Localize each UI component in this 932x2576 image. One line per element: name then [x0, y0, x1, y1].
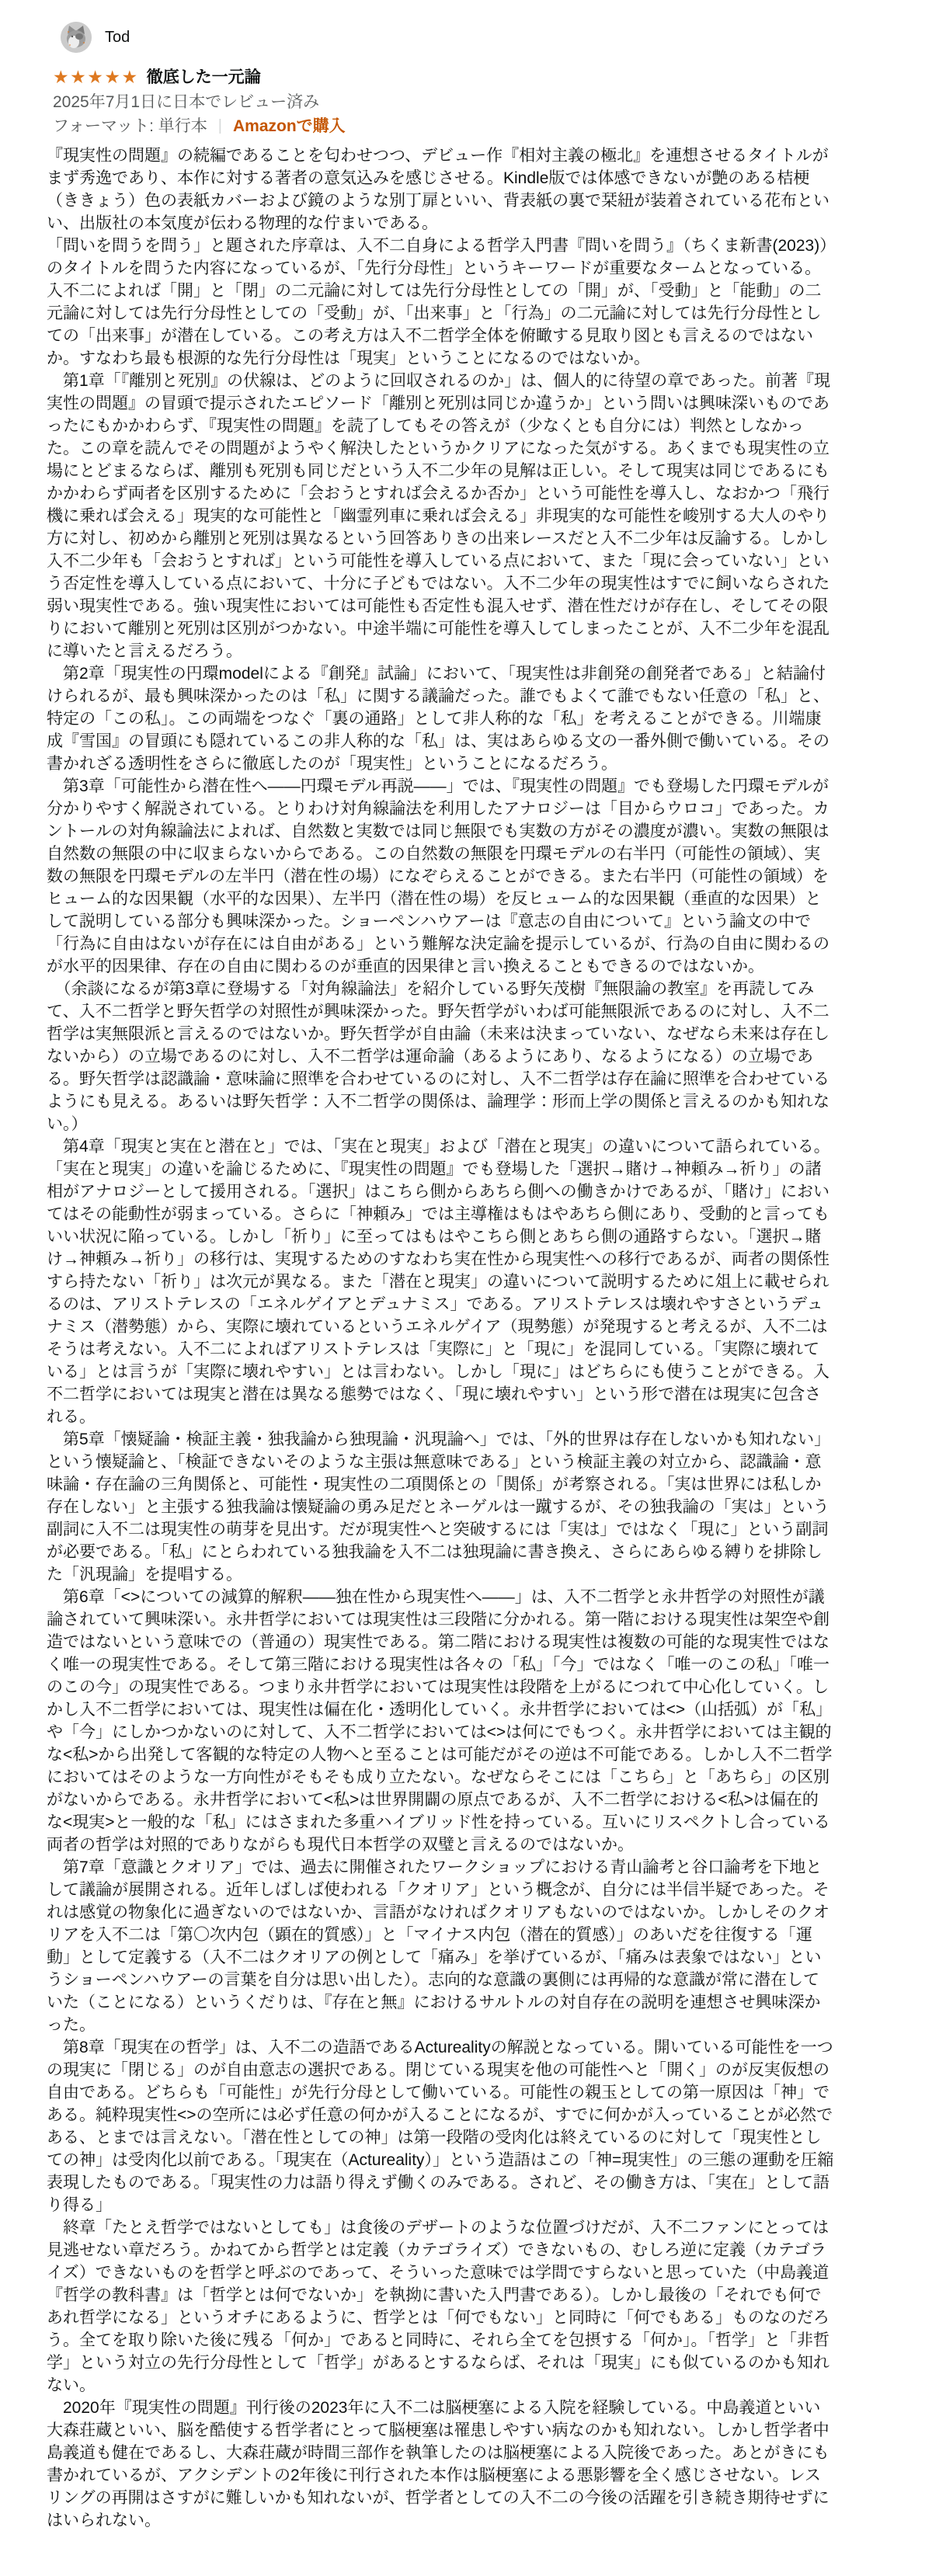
- verified-purchase-badge[interactable]: Amazonで購入: [233, 115, 346, 137]
- review-paragraph: 終章「たとえ哲学ではないとしても」は食後のデザートのような位置づけだが、入不二フ…: [47, 2216, 834, 2397]
- reviewer-name: Tod: [105, 28, 130, 47]
- review-paragraph: 第6章「<>についての減算的解釈――独在性から現実性へ――」は、入不二哲学と永井…: [47, 1586, 834, 1856]
- review-title-row[interactable]: ★★★★★ 徹底した一元論: [53, 66, 834, 89]
- format-label: フォーマット: 単行本: [53, 115, 207, 137]
- review-paragraph: （余談になるが第3章に登場する「対角線論法」を紹介している野矢茂樹『無限論の教室…: [47, 978, 834, 1135]
- review-paragraph: 第8章「現実在の哲学」は、入不二の造語であるActurealityの解説となって…: [47, 2036, 834, 2216]
- avatar[interactable]: [61, 22, 92, 53]
- reviewer-profile[interactable]: Tod: [61, 22, 834, 53]
- review-paragraph: 「問いを問うを問う」と題された序章は、入不二自身による哲学入門書『問いを問う』（…: [47, 235, 834, 370]
- review-body: 『現実性の問題』の続編であることを匂わせつつ、デビュー作『相対主義の極北』を連想…: [47, 144, 834, 2532]
- review-page: Tod ★★★★★ 徹底した一元論 2025年7月1日に日本でレビュー済み フォ…: [0, 0, 834, 2555]
- review-paragraph: 第1章「『離別と死別』の伏線は、どのように回収されるのか」は、個人的に待望の章で…: [47, 370, 834, 662]
- review-paragraph: 第3章「可能性から潜在性へ――円環モデル再説――」では、『現実性の問題』でも登場…: [47, 775, 834, 978]
- review-paragraph: 第2章「現実性の円環modelによる『創発』試論」において、「現実性は非創発の創…: [47, 662, 834, 775]
- cat-avatar-image: [61, 22, 92, 53]
- separator-bar: |: [218, 115, 222, 137]
- review-paragraph: 第5章「懐疑論・検証主義・独我論から独現論・汎現論へ」では、「外的世界は存在しな…: [47, 1428, 834, 1586]
- review-paragraph: 『現実性の問題』の続編であることを匂わせつつ、デビュー作『相対主義の極北』を連想…: [47, 144, 834, 235]
- review-paragraph: 第7章「意識とクオリア」では、過去に開催されたワークショップにおける青山論考と谷…: [47, 1856, 834, 2036]
- review-date: 2025年7月1日に日本でレビュー済み: [53, 91, 834, 113]
- review-meta-row: フォーマット: 単行本 | Amazonで購入: [53, 115, 834, 137]
- review-title: 徹底した一元論: [147, 66, 261, 89]
- review-paragraph: 2020年『現実性の問題』刊行後の2023年に入不二は脳梗塞による入院を経験して…: [47, 2397, 834, 2532]
- star-rating-icon: ★★★★★: [53, 66, 139, 89]
- review-paragraph: 第4章「現実と実在と潜在と」では、「実在と現実」および「潜在と現実」の違いについ…: [47, 1135, 834, 1428]
